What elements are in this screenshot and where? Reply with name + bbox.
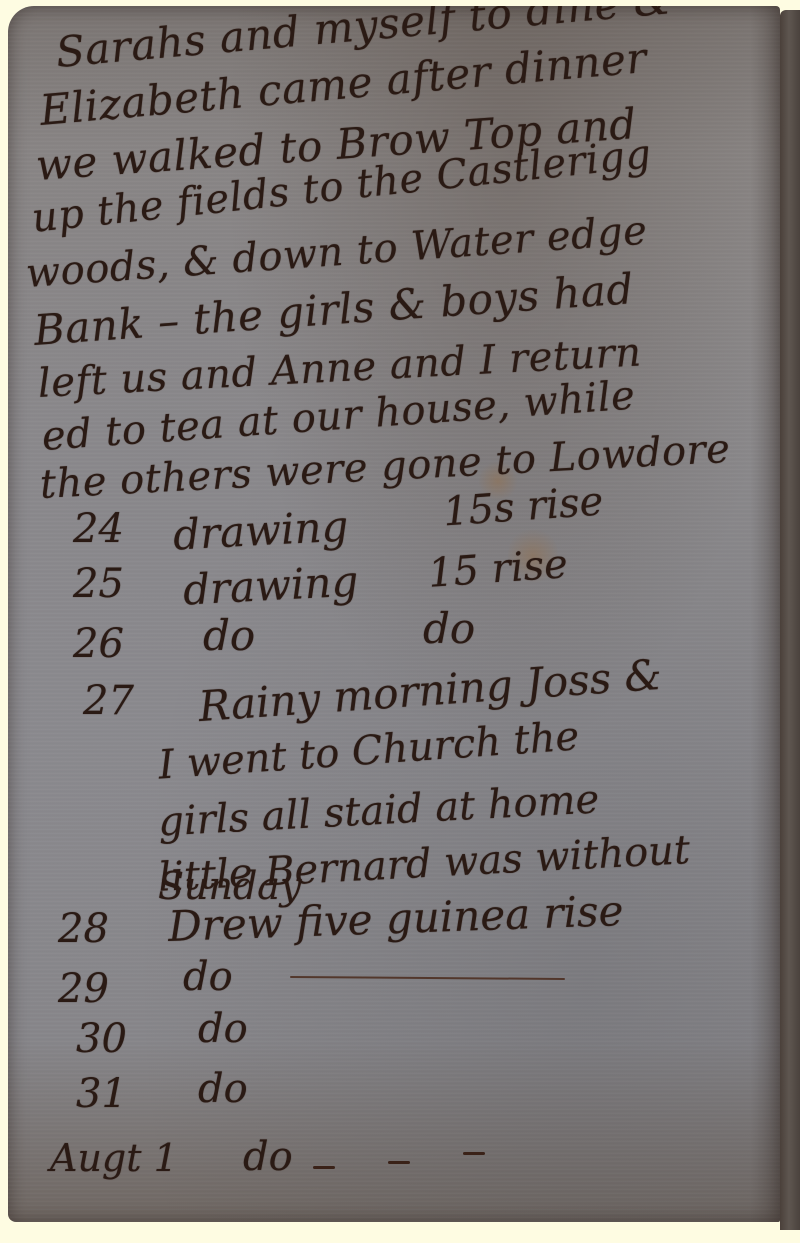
entry-day-25: 25 (73, 561, 124, 607)
entry-day-26: 26 (73, 621, 124, 667)
entry-day-28: 28 (58, 906, 109, 952)
entry-day-27: 27 (83, 678, 134, 724)
ditto-dash (313, 1166, 335, 1169)
ditto-dash (463, 1152, 485, 1155)
entry-day-29: 29 (58, 966, 109, 1012)
entry-day-30: 30 (76, 1016, 127, 1062)
entry-day-31: 31 (76, 1071, 127, 1117)
manuscript-page: Sarahs and myself to dine & Elizabeth ca… (8, 6, 780, 1222)
entry-note-26: do (423, 604, 475, 653)
entry-text-29: do (183, 954, 233, 1000)
entry-note-24: 15s rise (442, 478, 605, 535)
ditto-rule (290, 976, 565, 980)
entry-note-25: 15 rise (427, 541, 570, 597)
entry-text-30: do (198, 1006, 248, 1052)
entry-text-25: drawing (182, 556, 360, 614)
ditto-dash (388, 1161, 410, 1164)
photo-background: Sarahs and myself to dine & Elizabeth ca… (0, 0, 800, 1243)
book-spine (780, 10, 800, 1230)
entry-text-24: drawing (172, 501, 350, 559)
entry-day-aug-1: Augt 1 (50, 1136, 178, 1180)
entry-text-27-line-1: Rainy morning Joss & (197, 650, 663, 731)
entry-day-24: 24 (73, 506, 124, 552)
entry-text-26: do (203, 611, 255, 660)
entry-text-31: do (198, 1066, 248, 1112)
entry-text-aug-1: do (243, 1134, 293, 1180)
